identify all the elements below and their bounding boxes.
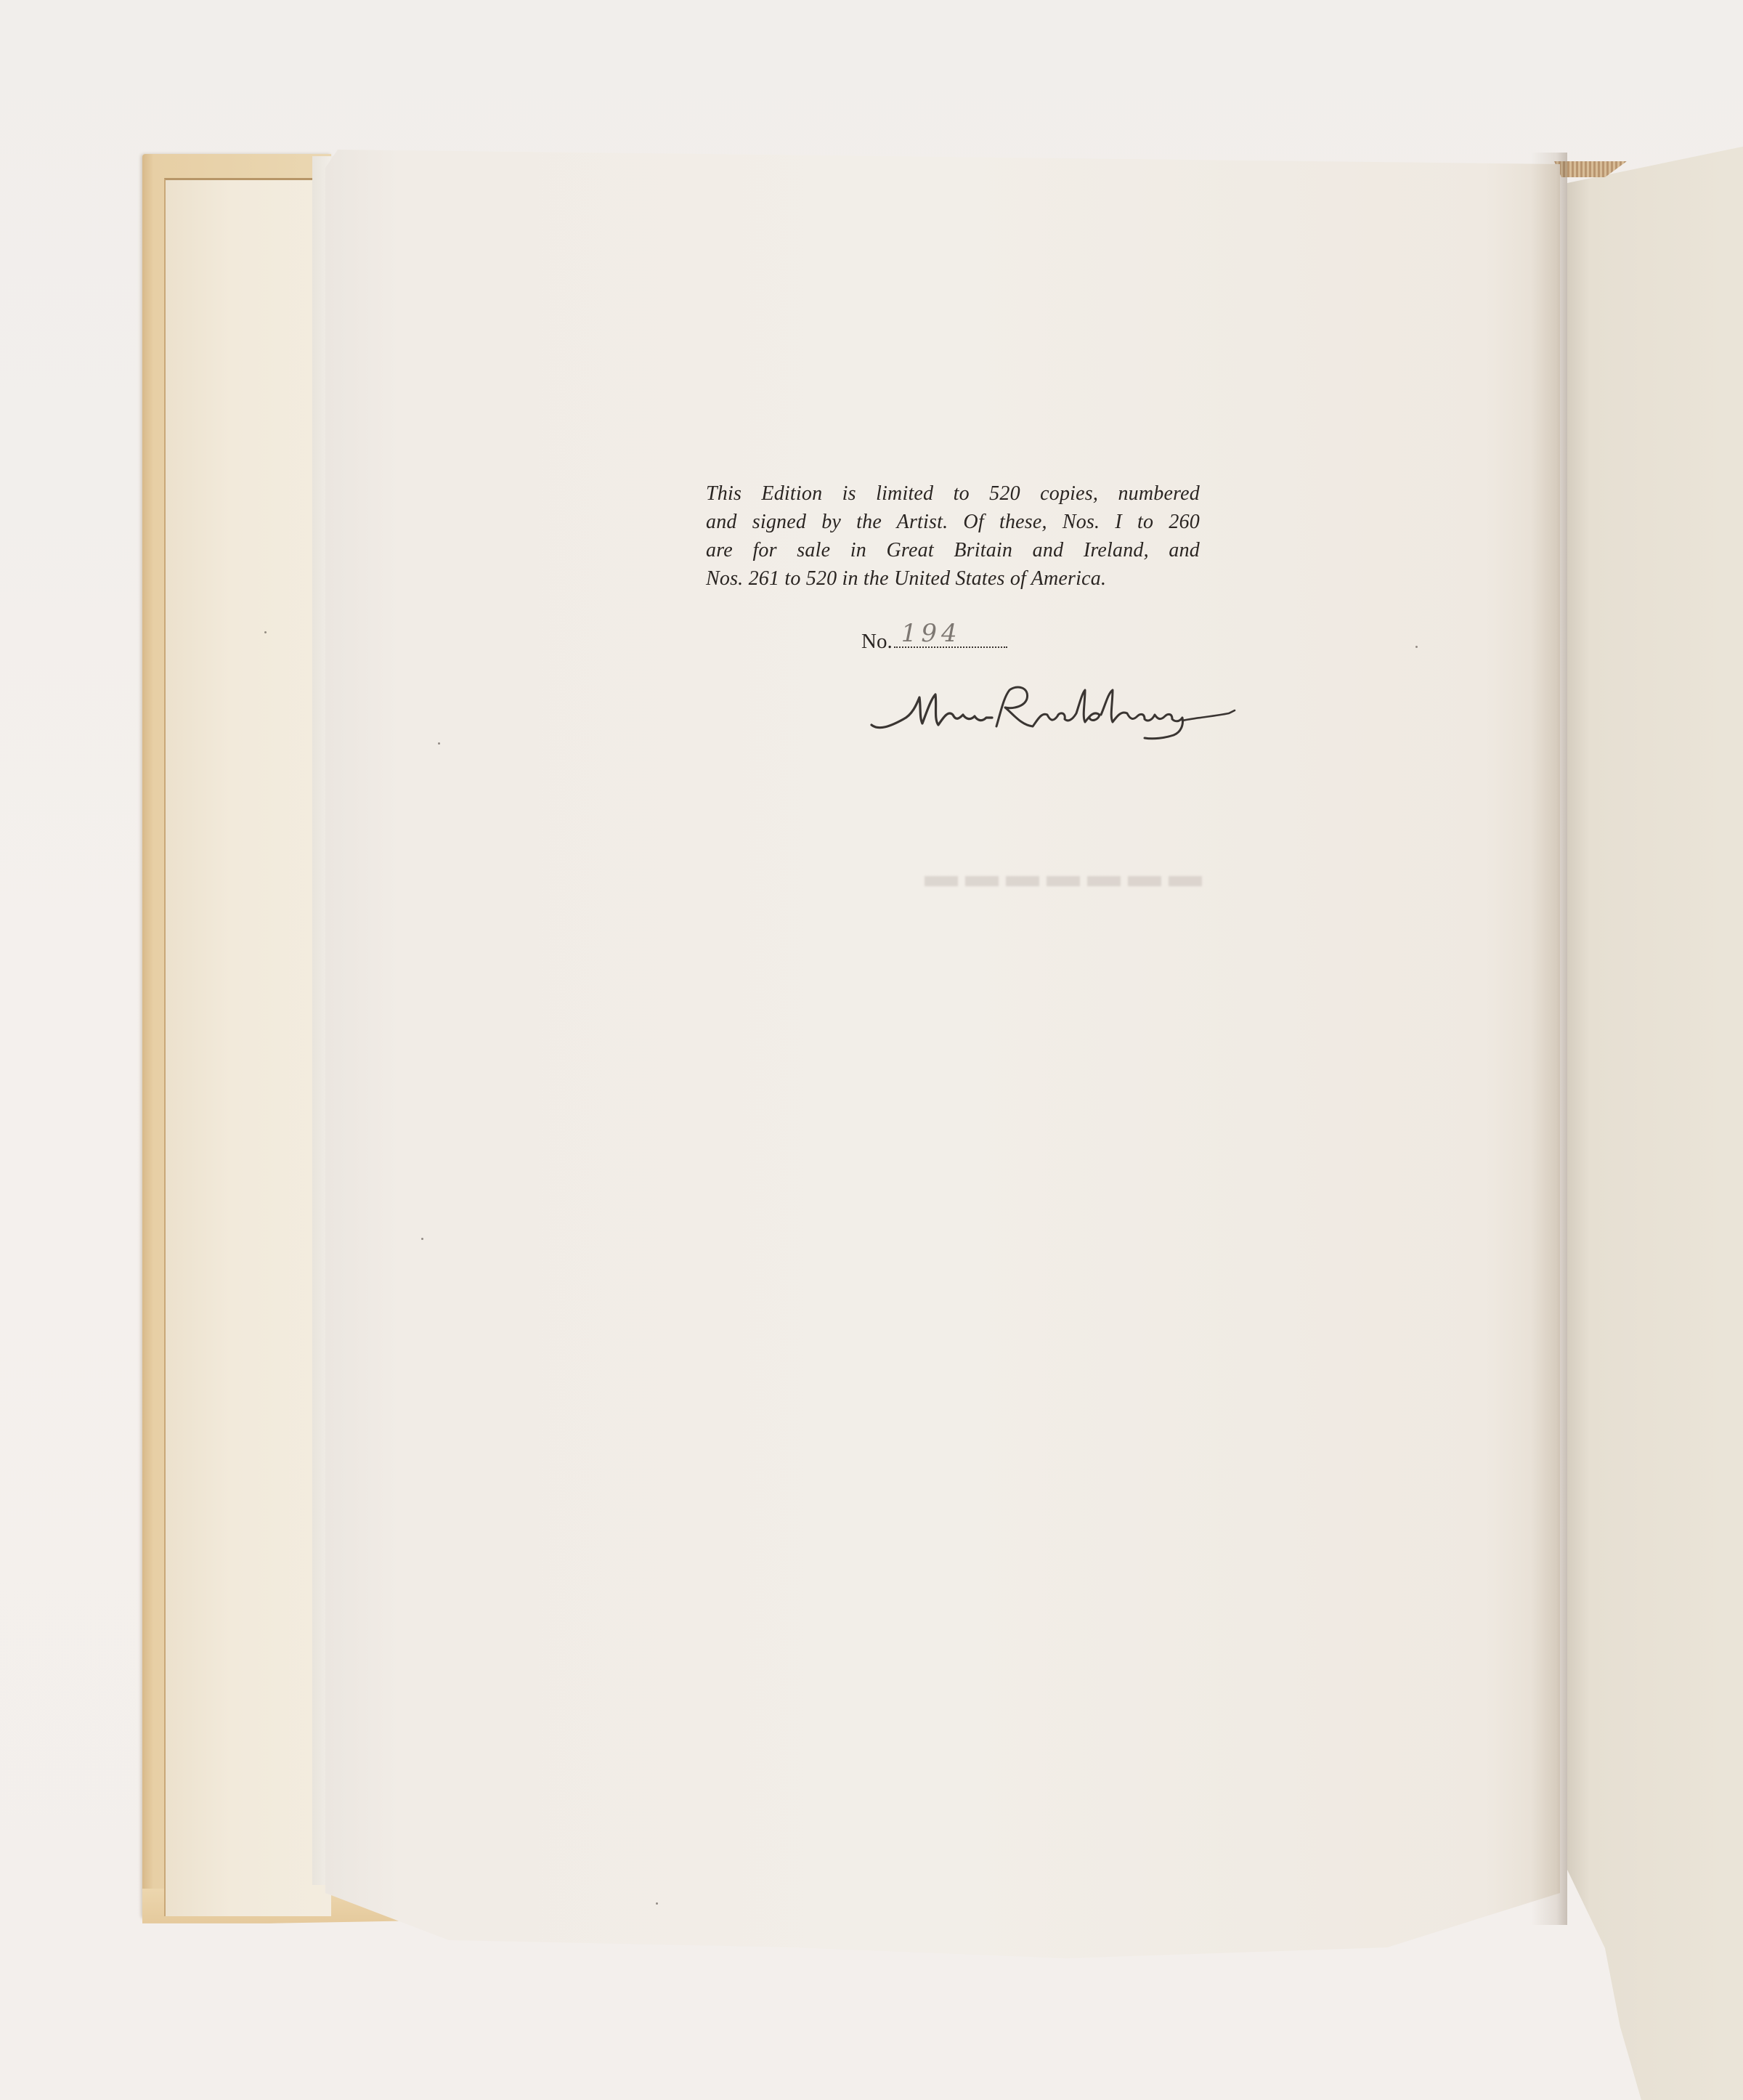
limitation-page — [325, 150, 1560, 1966]
limitation-line-3: are for sale in Great Britain and Irelan… — [706, 536, 1200, 564]
copy-number-value: 194 — [901, 619, 962, 648]
paper-speck — [656, 1902, 658, 1905]
copy-number-label: No. — [861, 630, 893, 654]
paper-speck — [1415, 646, 1418, 648]
artist-signature: Arthur Rackham — [869, 683, 1239, 741]
paper-speck — [264, 631, 267, 633]
signature-icon — [869, 683, 1239, 741]
paper-speck — [421, 1238, 423, 1240]
facing-page — [1567, 144, 1743, 2100]
limitation-line-4: Nos. 261 to 520 in the United States of … — [706, 564, 1200, 593]
copy-number: No. 194 — [861, 629, 1007, 654]
endpaper — [164, 178, 331, 1916]
limitation-line-1: This Edition is limited to 520 copies, n… — [706, 479, 1200, 508]
paper-speck — [438, 742, 440, 745]
limitation-statement: This Edition is limited to 520 copies, n… — [706, 479, 1200, 593]
copy-number-dotted-line: 194 — [894, 629, 1007, 648]
page-gutter-shadow — [1531, 153, 1567, 1925]
show-through-text: ▬▬▬▬▬▬▬ — [897, 856, 1202, 899]
limitation-line-2: and signed by the Artist. Of these, Nos.… — [706, 508, 1200, 536]
